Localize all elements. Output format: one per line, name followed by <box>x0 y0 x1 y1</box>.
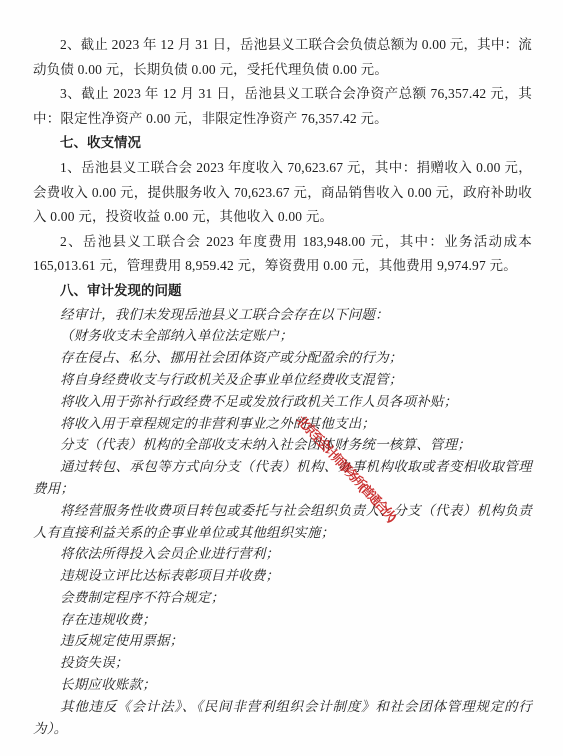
finding-item: 将收入用于弥补行政经费不足或发放行政机关工作人员各项补贴； <box>33 391 532 413</box>
finding-item: 长期应收账款； <box>33 674 532 696</box>
finding-item: 通过转包、承包等方式向分支（代表）机构、办事机构收取或者变相收取管理费用； <box>33 456 532 500</box>
section-heading-findings: 八、审计发现的问题 <box>33 279 532 304</box>
finding-item: 投资失误； <box>33 652 532 674</box>
finding-item: 其他违反《会计法》、《民间非营利组织会计制度》和社会团体管理规定的行为）。 <box>33 696 532 740</box>
section-heading-income: 七、收支情况 <box>33 131 532 156</box>
audit-report-page: 2、截止 2023 年 12 月 31 日，岳池县义工联合会负债总额为 0.00… <box>0 0 563 756</box>
finding-item: （财务收支未全部纳入单位法定账户； <box>33 325 532 347</box>
finding-item: 将依法所得投入会员企业进行营利； <box>33 543 532 565</box>
finding-item: 将自身经费收支与行政机关及企事业单位经费收支混管； <box>33 369 532 391</box>
finding-item: 分支（代表）机构的全部收支未纳入社会团体财务统一核算、管理； <box>33 434 532 456</box>
finding-item: 存在侵占、私分、挪用社会团体资产或分配盈余的行为； <box>33 347 532 369</box>
finding-item: 会费制定程序不符合规定； <box>33 587 532 609</box>
finding-item: 违规设立评比达标表彰项目并收费； <box>33 565 532 587</box>
finding-item: 将经营服务性收费项目转包或委托与社会组织负责人、分支（代表）机构负责人有直接利益… <box>33 500 532 544</box>
paragraph-net-assets: 3、截止 2023 年 12 月 31 日，岳池县义工联合会净资产总额 76,3… <box>33 82 532 131</box>
finding-item: 违反规定使用票据； <box>33 630 532 652</box>
paragraph-income: 1、岳池县义工联合会 2023 年度收入 70,623.67 元，其中：捐赠收入… <box>33 156 532 230</box>
finding-item: 将收入用于章程规定的非营利事业之外的其他支出； <box>33 413 532 435</box>
findings-intro: 经审计，我们未发现岳池县义工联合会存在以下问题： <box>33 304 532 326</box>
finding-item: 存在违规收费； <box>33 609 532 631</box>
paragraph-expenses: 2、岳池县义工联合会 2023 年度费用 183,948.00 元，其中：业务活… <box>33 230 532 279</box>
document-content: 2、截止 2023 年 12 月 31 日，岳池县义工联合会负债总额为 0.00… <box>33 33 532 739</box>
paragraph-liabilities: 2、截止 2023 年 12 月 31 日，岳池县义工联合会负债总额为 0.00… <box>33 33 532 82</box>
